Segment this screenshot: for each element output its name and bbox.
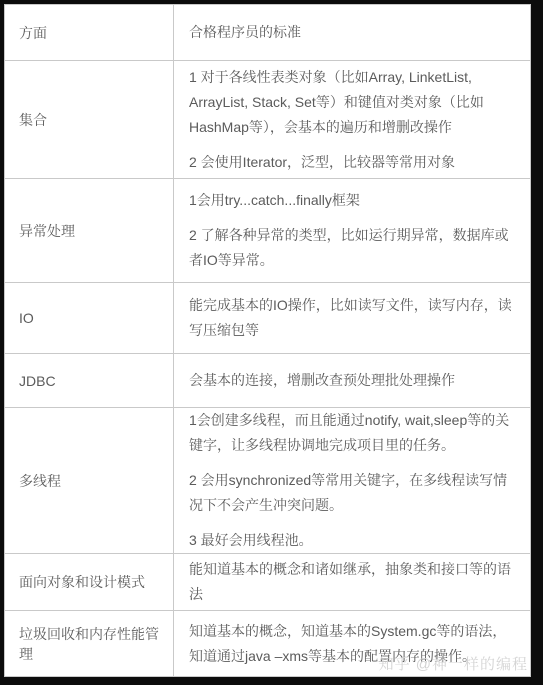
aspect-cell: 异常处理	[5, 179, 174, 282]
table-row: 多线程 1会创建多线程，而且能通过notify, wait,sleep等的关键字…	[5, 407, 530, 553]
standard-cell: 知道基本的概念，知道基本的System.gc等的语法，知道通过java –xms…	[174, 611, 530, 676]
standard-paragraph: 知道基本的概念，知道基本的System.gc等的语法，知道通过java –xms…	[189, 619, 518, 669]
standards-table: 方面 合格程序员的标准 集合 1 对于各线性表类对象（比如Array, Link…	[4, 4, 531, 677]
table-row: 异常处理 1会用try...catch...finally框架2 了解各种异常的…	[5, 178, 530, 282]
aspect-cell: IO	[5, 283, 174, 353]
standard-cell: 会基本的连接，增删改查预处理批处理操作	[174, 354, 530, 407]
table-row: 集合 1 对于各线性表类对象（比如Array, LinketList, Arra…	[5, 60, 530, 178]
table-row: IO 能完成基本的IO操作，比如读写文件，读写内存，读写压缩包等	[5, 282, 530, 353]
table-row: 面向对象和设计模式 能知道基本的概念和诸如继承，抽象类和接口等的语法	[5, 553, 530, 610]
standard-cell: 1 对于各线性表类对象（比如Array, LinketList, ArrayLi…	[174, 61, 530, 178]
table-header-row: 方面 合格程序员的标准	[5, 5, 530, 60]
aspect-cell: 垃圾回收和内存性能管理	[5, 611, 174, 676]
aspect-cell: 多线程	[5, 408, 174, 553]
aspect-cell: 面向对象和设计模式	[5, 554, 174, 610]
column-header-standard: 合格程序员的标准	[174, 5, 530, 60]
standard-paragraph: 2 会用synchronized等常用关键字，在多线程读写情况下不会产生冲突问题…	[189, 468, 518, 518]
standard-paragraph: 能知道基本的概念和诸如继承，抽象类和接口等的语法	[189, 557, 518, 607]
standard-paragraph: 会基本的连接，增删改查预处理批处理操作	[189, 368, 518, 393]
standard-cell: 能知道基本的概念和诸如继承，抽象类和接口等的语法	[174, 554, 530, 610]
table-row: JDBC 会基本的连接，增删改查预处理批处理操作	[5, 353, 530, 407]
column-header-aspect: 方面	[5, 5, 174, 60]
standard-paragraph: 3 最好会用线程池。	[189, 528, 518, 553]
standard-paragraph: 2 了解各种异常的类型，比如运行期异常，数据库或者IO等异常。	[189, 223, 518, 273]
table-row: 垃圾回收和内存性能管理 知道基本的概念，知道基本的System.gc等的语法，知…	[5, 610, 530, 676]
standard-cell: 1会创建多线程，而且能通过notify, wait,sleep等的关键字，让多线…	[174, 408, 530, 553]
aspect-cell: JDBC	[5, 354, 174, 407]
standard-cell: 1会用try...catch...finally框架2 了解各种异常的类型，比如…	[174, 179, 530, 282]
standard-paragraph: 1会用try...catch...finally框架	[189, 188, 518, 213]
standard-paragraph: 能完成基本的IO操作，比如读写文件，读写内存，读写压缩包等	[189, 293, 518, 343]
aspect-cell: 集合	[5, 61, 174, 178]
standard-paragraph: 2 会使用Iterator，泛型，比较器等常用对象	[189, 150, 518, 175]
standard-paragraph: 1会创建多线程，而且能通过notify, wait,sleep等的关键字，让多线…	[189, 408, 518, 458]
standard-paragraph: 1 对于各线性表类对象（比如Array, LinketList, ArrayLi…	[189, 65, 518, 140]
standard-cell: 能完成基本的IO操作，比如读写文件，读写内存，读写压缩包等	[174, 283, 530, 353]
screenshot-frame: 方面 合格程序员的标准 集合 1 对于各线性表类对象（比如Array, Link…	[0, 0, 543, 685]
